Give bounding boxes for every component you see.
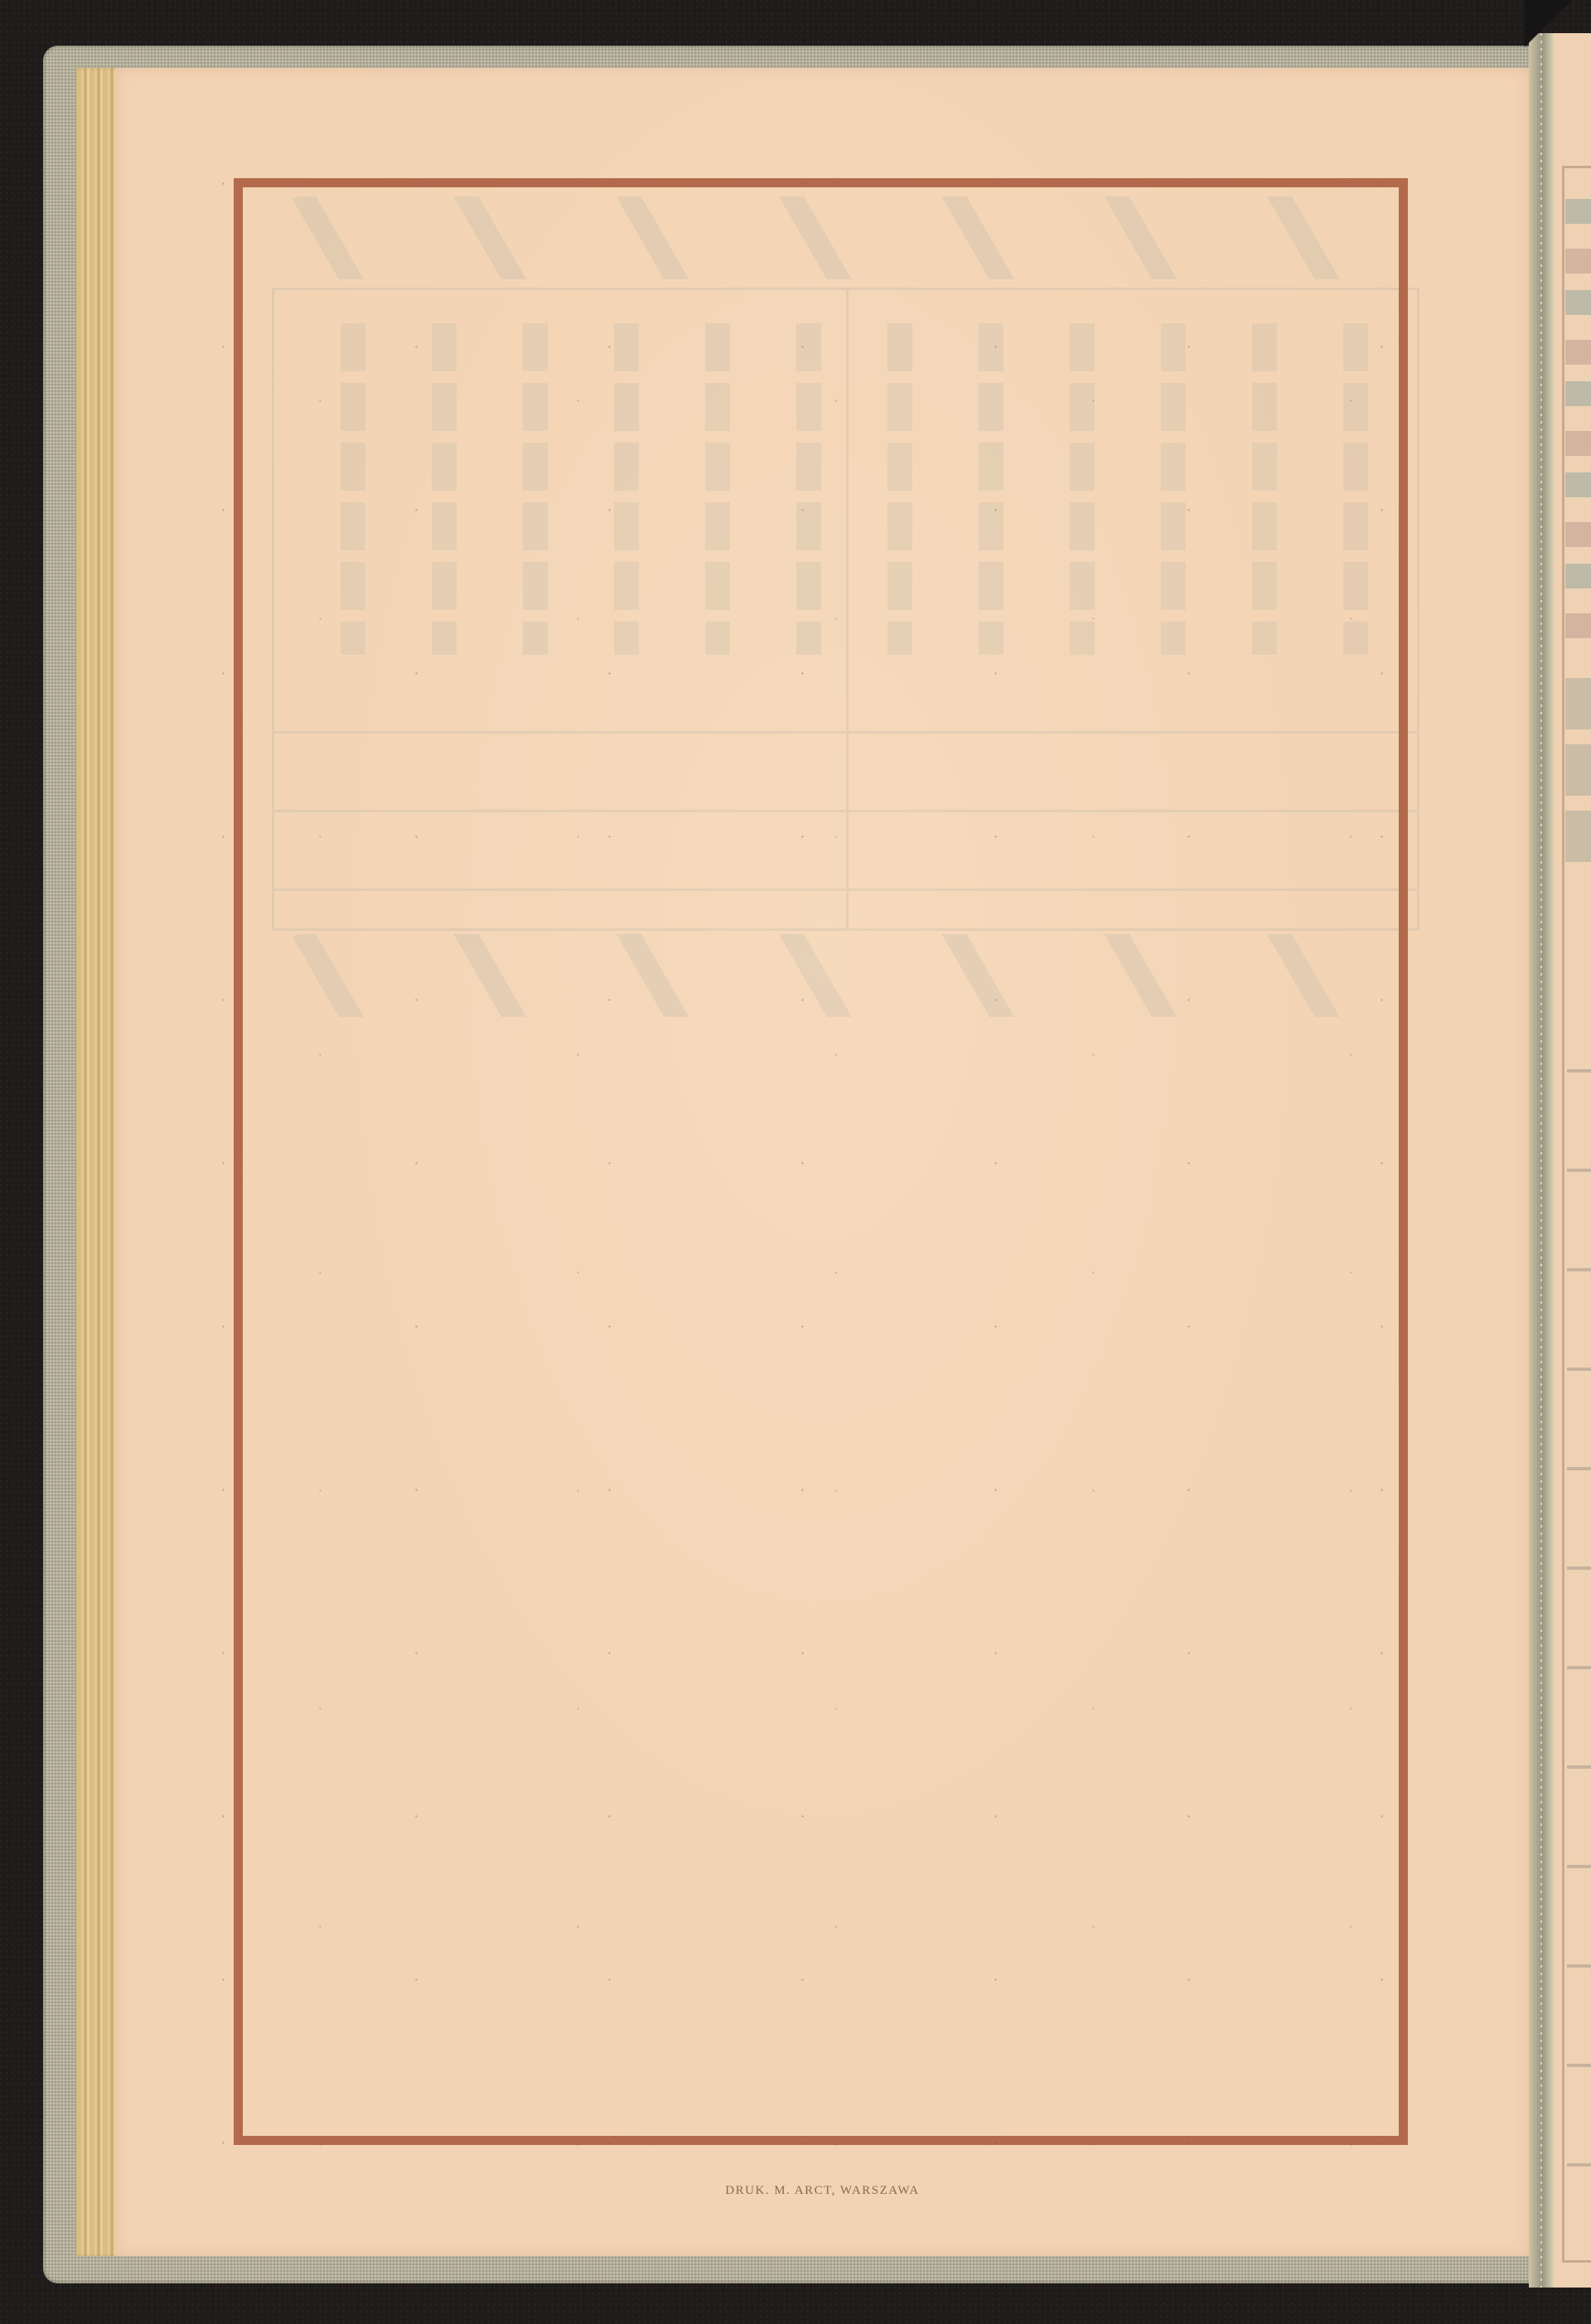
- facing-page-ornament: [1565, 199, 1591, 646]
- printed-border-frame: [234, 178, 1408, 2145]
- scan-background: DRUK. M. ARCT, WARSZAWA: [0, 0, 1591, 2324]
- book-gutter: [1529, 33, 1554, 2288]
- facing-page: [1554, 33, 1591, 2288]
- printer-imprint: DRUK. M. ARCT, WARSZAWA: [116, 2184, 1529, 2198]
- book-page: DRUK. M. ARCT, WARSZAWA: [116, 68, 1529, 2256]
- corner-shadow: [1525, 0, 1591, 50]
- facing-page-heading-boxes: [1565, 671, 1591, 870]
- facing-page-handwriting: [1567, 1011, 1591, 2254]
